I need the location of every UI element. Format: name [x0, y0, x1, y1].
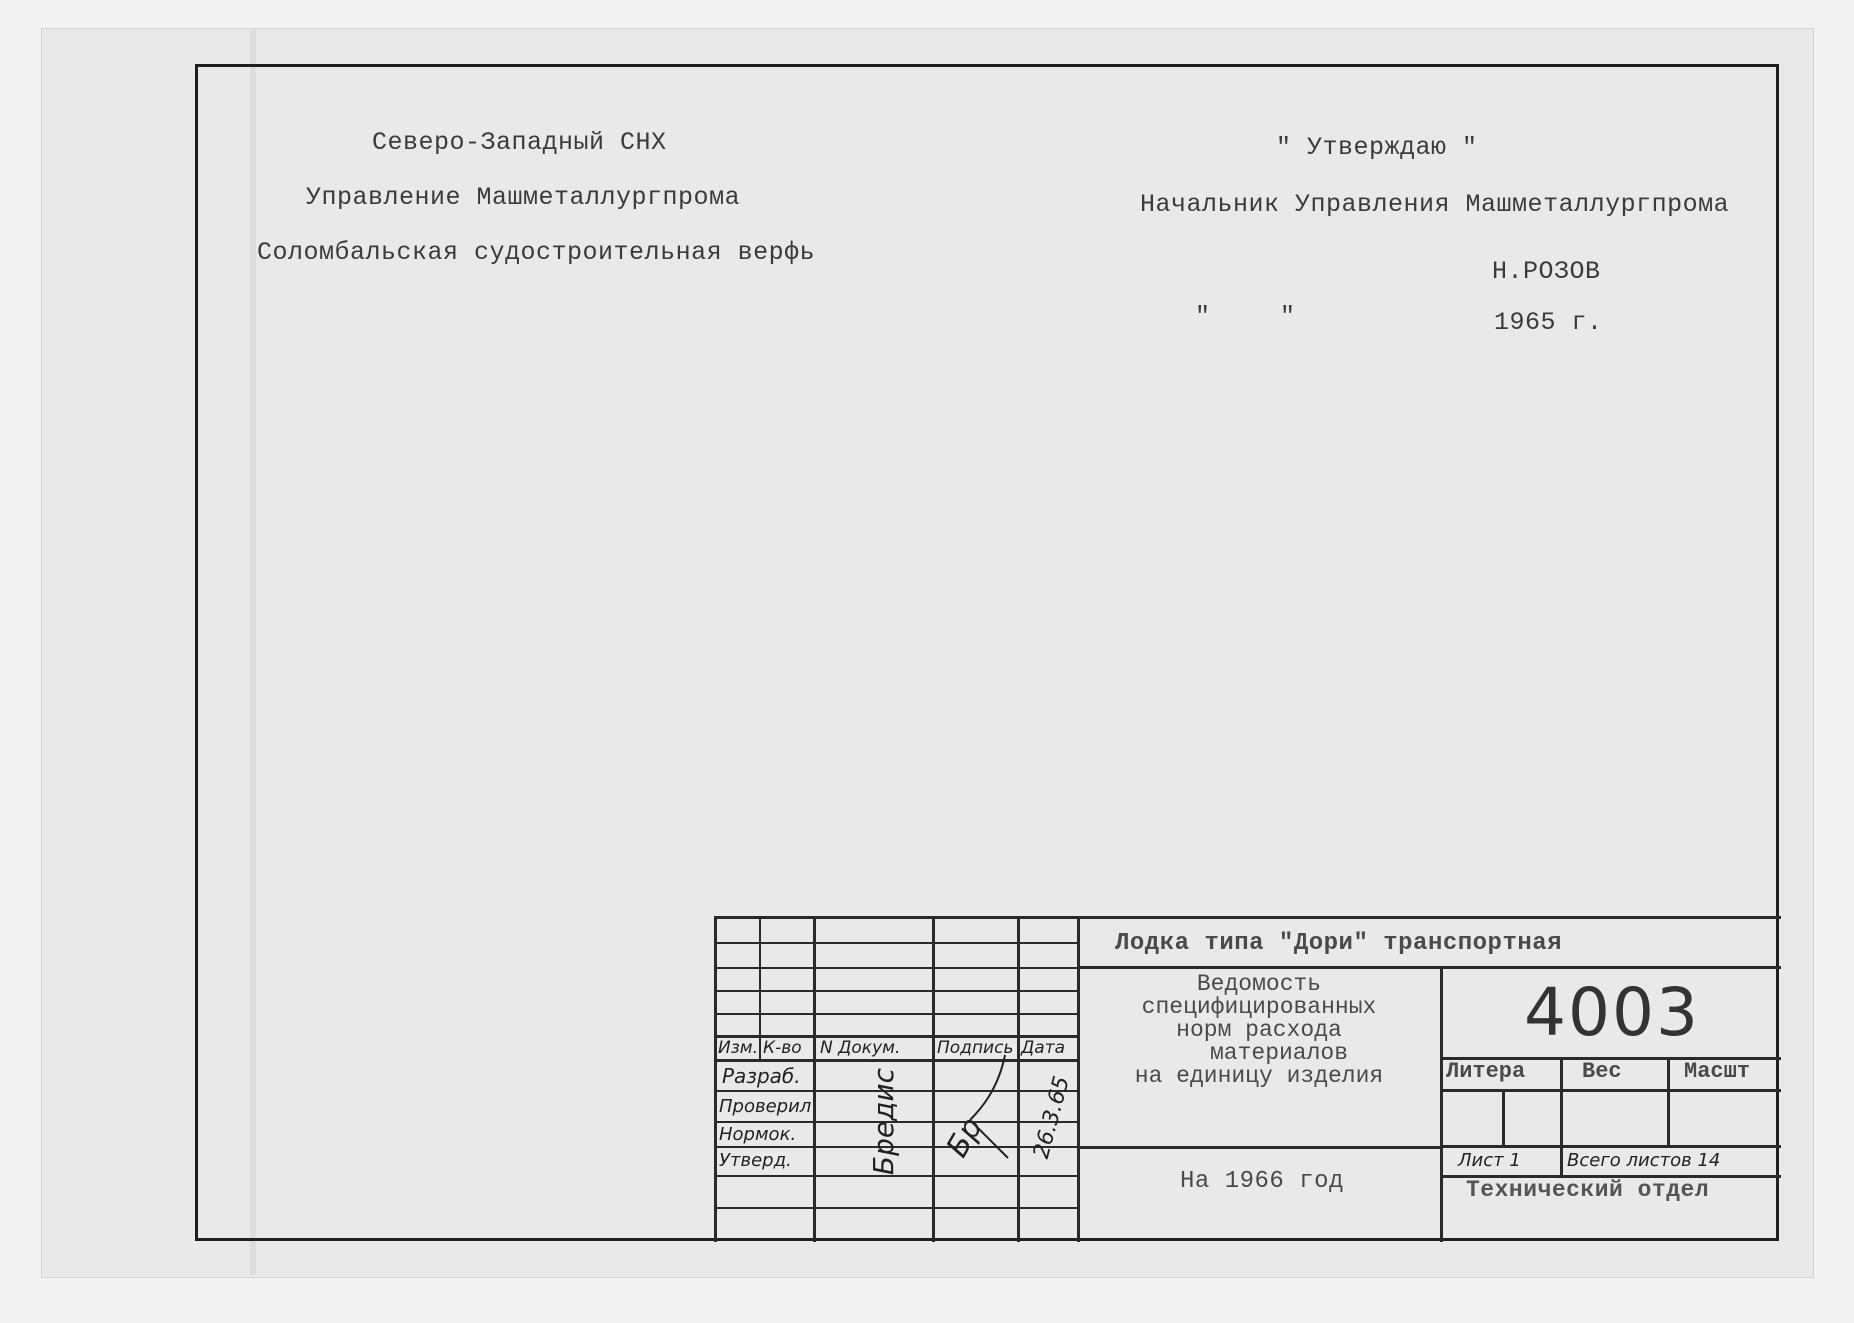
role-approved: Утверд. — [719, 1150, 792, 1171]
role-norm-control: Нормок. — [719, 1124, 796, 1145]
header-date: Дата — [1021, 1038, 1065, 1058]
department: Технический отдел — [1466, 1177, 1709, 1203]
org-council: Северо-Западный СНХ — [372, 128, 667, 157]
sheet-number: Лист 1 — [1458, 1150, 1521, 1171]
header-kvo: К-во — [763, 1038, 802, 1058]
approver-position: Начальник Управления Машметаллургпрома — [1140, 190, 1729, 219]
doc-title-line: на единицу изделия — [1078, 1065, 1440, 1088]
weight-label: Вес — [1582, 1059, 1622, 1084]
doc-title-line: специфицированных — [1078, 996, 1440, 1019]
doc-title-line: материалов — [1078, 1042, 1440, 1065]
doc-title-line: норм расхода — [1078, 1019, 1440, 1042]
header-izm: Изм. — [718, 1038, 758, 1058]
org-shipyard: Соломбальская судостроительная верфь — [257, 238, 815, 267]
signature-stroke — [950, 1050, 1020, 1160]
role-developed: Разраб. — [722, 1064, 801, 1088]
doc-title-line: Ведомость — [1078, 973, 1440, 996]
litera-label: Литера — [1446, 1059, 1525, 1084]
developer-name: Бредис — [867, 1068, 900, 1175]
date-quote-open: " — [1195, 302, 1211, 331]
approval-year: 1965 г. — [1494, 308, 1603, 337]
product-name: Лодка типа "Дори" транспортная — [1115, 930, 1562, 957]
org-directorate: Управление Машметаллургпрома — [306, 183, 740, 212]
period-label: На 1966 год — [1180, 1168, 1344, 1195]
scale-label: Масшт — [1684, 1059, 1750, 1084]
approver-name: Н.РОЗОВ — [1492, 257, 1601, 286]
date-quote-close: " — [1280, 302, 1296, 331]
approval-heading: " Утверждаю " — [1276, 133, 1478, 162]
header-doc-number: N Докум. — [820, 1038, 900, 1058]
document-number: 4003 — [1443, 969, 1781, 1057]
total-sheets: Всего листов 14 — [1567, 1150, 1720, 1171]
role-checked: Проверил — [719, 1096, 811, 1117]
document-title: Ведомость специфицированных норм расхода… — [1078, 973, 1440, 1088]
